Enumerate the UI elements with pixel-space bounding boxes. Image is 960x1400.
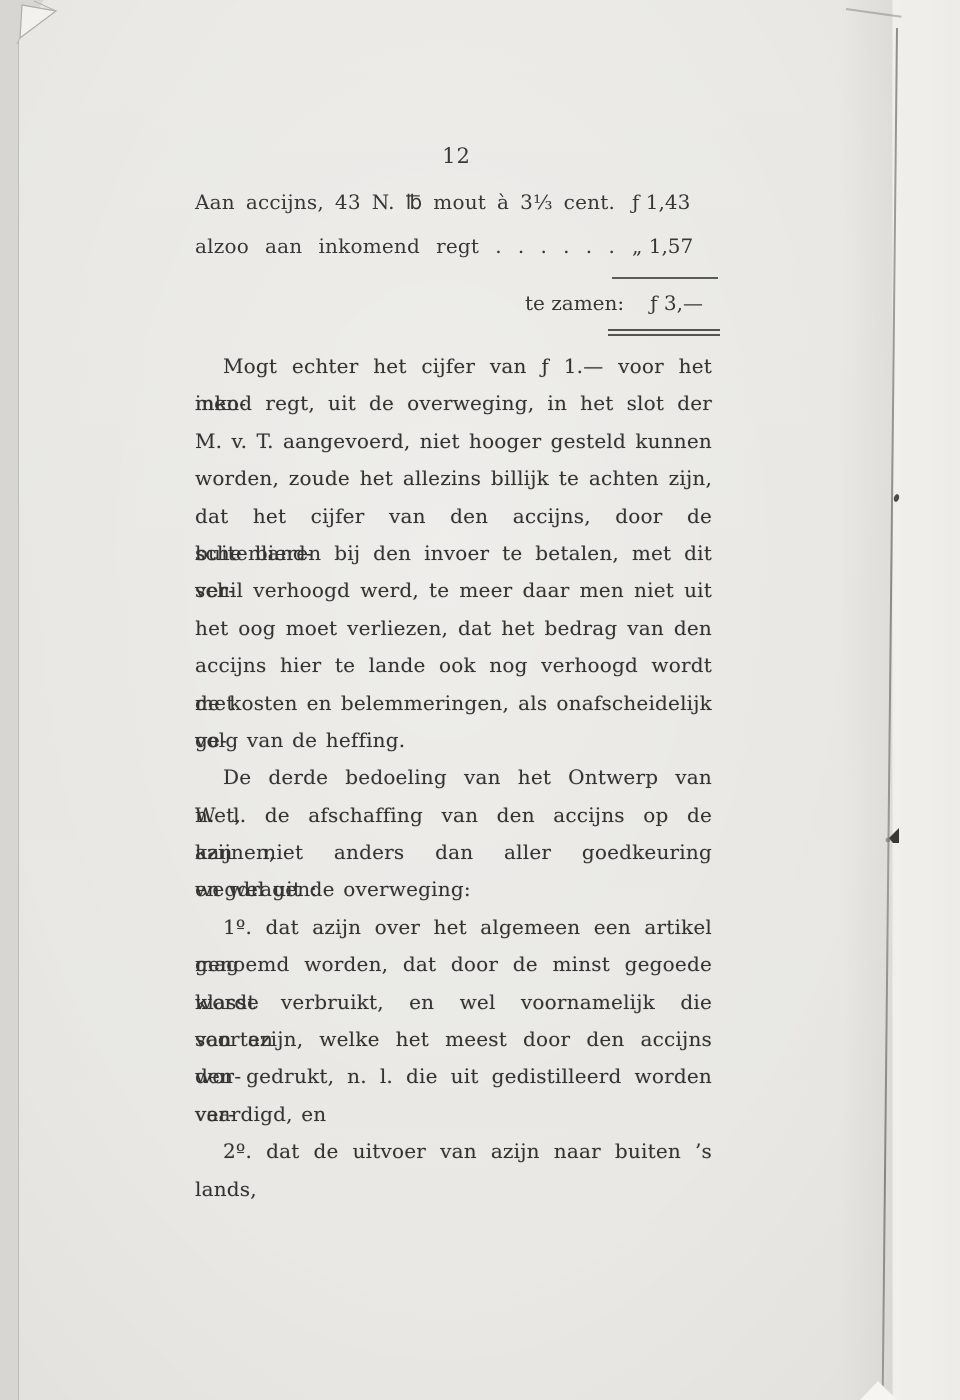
account-total-row: te zamen:ƒ 3,— — [525, 291, 703, 315]
scanned-document-page: 12 Aan accijns, 43 N. ℔ mout à 3⅓ cent. … — [0, 0, 960, 1400]
text-line: dat het cijfer van den accijns, door de … — [195, 498, 712, 535]
text-line: n. l. de afschaffing van den accijns op … — [195, 797, 712, 834]
account-row-amount: ƒ 1,43 — [632, 190, 718, 214]
text-line: M. v. T. aangevoerd, niet hooger gesteld… — [195, 423, 712, 460]
text-line: wordt verbruikt, en wel voornamelijk die… — [195, 984, 712, 1021]
account-row-label: Aan accijns, 43 N. ℔ mout à 3⅓ cent. — [195, 190, 615, 214]
text-line: sche bieren bij den invoer te betalen, m… — [195, 535, 712, 572]
text-line: en wel uit de overweging: — [195, 871, 712, 908]
text-line: De derde bedoeling van het Ontwerp van W… — [195, 759, 712, 796]
text-line: den gedrukt, n. l. die uit gedistilleerd… — [195, 1058, 712, 1095]
account-row-amount: „ 1,57 — [632, 234, 718, 258]
text-line: de kosten en belemmeringen, als onafsche… — [195, 685, 712, 722]
page-number: 12 — [195, 144, 718, 168]
text-line: vaardigd, en — [195, 1096, 712, 1133]
body-text: Mogt echter het cijfer van ƒ 1.— voor he… — [195, 348, 712, 1171]
text-line: schil verhoogd werd, te meer daar men ni… — [195, 572, 712, 609]
total-double-rule — [608, 329, 720, 339]
text-line: worden, zoude het allezins billijk te ac… — [195, 460, 712, 497]
text-line: het oog moet verliezen, dat het bedrag v… — [195, 610, 712, 647]
account-total-label: te zamen: — [525, 291, 624, 315]
account-total-amount: ƒ 3,— — [650, 291, 703, 315]
text-line: van azijn, welke het meest door den acci… — [195, 1021, 712, 1058]
text-line: accijns hier te lande ook nog verhoogd w… — [195, 647, 712, 684]
text-line: Mogt echter het cijfer van ƒ 1.— voor he… — [195, 348, 712, 385]
text-line: kan niet anders dan aller goedkeuring we… — [195, 834, 712, 871]
adjacent-page-edge — [893, 0, 960, 1400]
account-row-label: alzoo aan inkomend regt . . . . . . — [195, 234, 615, 258]
sum-rule — [612, 277, 718, 279]
text-line: volg van de heffing. — [195, 722, 712, 759]
text-line: 2º. dat de uitvoer van azijn naar buiten… — [195, 1133, 712, 1170]
text-line: 1º. dat azijn over het algemeen een arti… — [195, 909, 712, 946]
account-row: Aan accijns, 43 N. ℔ mout à 3⅓ cent. ƒ 1… — [195, 190, 718, 214]
text-line: mend regt, uit de overweging, in het slo… — [195, 385, 712, 422]
page-corner-fold-icon — [0, 0, 80, 60]
text-line: genoemd worden, dat door de minst gegoed… — [195, 946, 712, 983]
account-row: alzoo aan inkomend regt . . . . . . „ 1,… — [195, 234, 718, 258]
page-left-edge — [18, 0, 19, 1400]
